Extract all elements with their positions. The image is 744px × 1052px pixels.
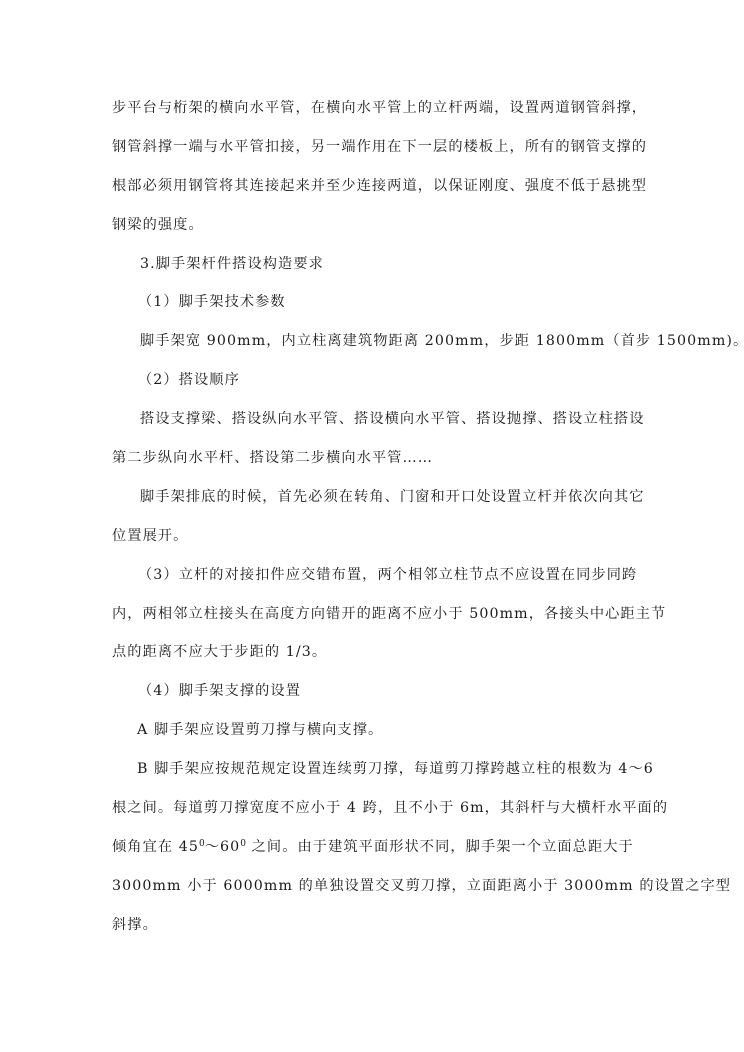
text-fragment: ～60 (205, 839, 241, 855)
text-line: 3000mm 小于 6000mm 的单独设置交叉剪刀撑，立面距离小于 3000m… (112, 867, 636, 906)
text-line: 斜撑。 (112, 906, 636, 945)
text-line: 位置展开。 (112, 517, 636, 556)
subsection-heading: （1）脚手架技术参数 (112, 283, 636, 322)
text-line: B 脚手架应按规范规定设置连续剪刀撑，每道剪刀撑跨越立柱的根数为 4～6 (112, 750, 636, 789)
document-page: 步平台与桁架的横向水平管，在横向水平管上的立杆两端，设置两道钢管斜撑， 钢管斜撑… (112, 89, 636, 945)
text-fragment: 倾角宜在 45 (112, 839, 199, 855)
text-line: 根之间。每道剪刀撑宽度不应小于 4 跨，且不小于 6m，其斜杆与大横杆水平面的 (112, 789, 636, 828)
text-line: 点的距离不应大于步距的 1/3。 (112, 633, 636, 672)
text-fragment: 之间。由于建筑平面形状不同，脚手架一个立面总距大于 (246, 839, 634, 855)
text-line: 搭设支撑梁、搭设纵向水平管、搭设横向水平管、搭设抛撑、搭设立柱搭设 (112, 400, 636, 439)
text-line: 步平台与桁架的横向水平管，在横向水平管上的立杆两端，设置两道钢管斜撑， (112, 89, 636, 128)
section-heading: 3.脚手架杆件搭设构造要求 (112, 245, 636, 284)
text-line: A 脚手架应设置剪刀撑与横向支撑。 (112, 711, 636, 750)
text-line: 脚手架宽 900mm，内立柱离建筑物距离 200mm，步距 1800mm（首步 … (112, 322, 636, 361)
text-line: 钢管斜撑一端与水平管扣接，另一端作用在下一层的楼板上，所有的钢管支撑的 (112, 128, 636, 167)
text-line: 根部必须用钢管将其连接起来并至少连接两道，以保证刚度、强度不低于悬挑型 (112, 167, 636, 206)
text-line: 第二步纵向水平杆、搭设第二步横向水平管…… (112, 439, 636, 478)
text-line: 内，两相邻立柱接头在高度方向错开的距离不应小于 500mm，各接头中心距主节 (112, 595, 636, 634)
subsection-heading: （4）脚手架支撑的设置 (112, 672, 636, 711)
text-line: 钢梁的强度。 (112, 206, 636, 245)
text-line: （3）立杆的对接扣件应交错布置，两个相邻立柱节点不应设置在同步同跨 (112, 556, 636, 595)
text-line: 倾角宜在 450～600 之间。由于建筑平面形状不同，脚手架一个立面总距大于 (112, 828, 636, 867)
subsection-heading: （2）搭设顺序 (112, 361, 636, 400)
text-line: 脚手架排底的时候，首先必须在转角、门窗和开口处设置立杆并依次向其它 (112, 478, 636, 517)
